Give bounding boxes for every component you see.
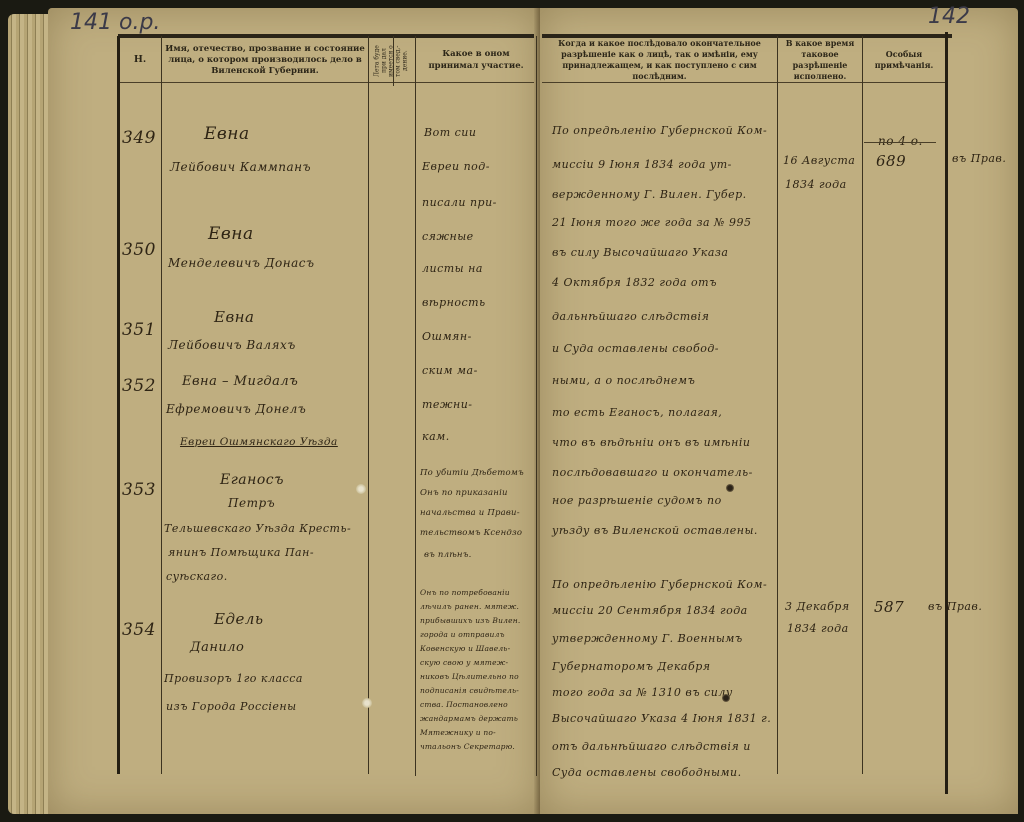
entry-note-line: Тельшевскаго Уѣзда Кресть-	[164, 522, 351, 535]
folio-right: 142	[928, 4, 970, 29]
resolution-line: 4 Октября 1832 года отъ	[552, 276, 717, 289]
folio-left: 141 о.р.	[70, 10, 160, 35]
entry-number: 352	[122, 376, 156, 396]
entry-patronymic: Лейбович Каммпанъ	[170, 160, 311, 174]
header-narrow: Лета буде при дал имеется о том свед.-де…	[371, 40, 411, 82]
participation-line: вѣрность	[422, 296, 486, 309]
resolution-line: По опредѣленію Губернской Ком-	[552, 124, 767, 137]
participation-line: кам.	[422, 430, 450, 443]
participation-line: прибывшихъ изъ Вилен.	[420, 616, 520, 625]
executed-date: 16 Августа	[783, 154, 855, 167]
resolution-line: и Суда оставлены свобод-	[552, 342, 719, 355]
participation-line: писали при-	[422, 196, 497, 209]
participation-line: Ошмян-	[422, 330, 472, 343]
resolution-line: уѣзду въ Виленской оставлены.	[552, 524, 758, 537]
executed-date: 1834 года	[785, 178, 847, 191]
ink-blot	[722, 694, 730, 702]
entry-patronymic: Петръ	[228, 496, 275, 510]
resolution-line: Суда оставлены свободными.	[552, 766, 742, 779]
participation-line: сяжные	[422, 230, 474, 243]
participation-line: чтальонъ Секретарю.	[420, 742, 515, 751]
note-ref: по 4 о.	[878, 134, 923, 148]
open-ledger: 141 о.р. 142 Н. Имя, отечество, прозвани…	[0, 0, 1024, 822]
column-rule	[117, 36, 120, 774]
entry-number: 351	[122, 320, 156, 340]
participation-line: тельствомъ Ксендзо	[420, 528, 522, 538]
column-rule	[945, 32, 948, 794]
participation-line: начальства и Прави-	[420, 508, 520, 518]
entry-patronymic: Лейбовичъ Валяхъ	[168, 338, 296, 352]
participation-line: ства. Постановлено	[420, 700, 508, 709]
note-underline	[864, 142, 936, 143]
resolution-line: послѣдовавшаго и окончатель-	[552, 466, 753, 479]
participation-line: въ плѣнъ.	[424, 550, 471, 560]
entry-patronymic: Менделевичъ Донасъ	[168, 256, 315, 270]
resolution-line: отъ дальнѣйшаго слѣдствія и	[552, 740, 751, 753]
resolution-line: По опредѣленію Губернской Ком-	[552, 578, 767, 591]
participation-line: Мятежнику и по-	[420, 728, 496, 737]
column-rule	[536, 36, 537, 776]
resolution-line: ными, а о послѣднемъ	[552, 374, 695, 387]
entry-note-line: изъ Города Россіены	[166, 700, 297, 713]
participation-line: тежни-	[422, 398, 473, 411]
margin-note: въ Прав.	[928, 600, 982, 613]
participation-line: города и отправилъ	[420, 630, 505, 639]
resolution-line: Высочайшаго Указа 4 Іюня 1831 г.	[552, 712, 771, 725]
header-resolution: Когда и какое послѣдовало окончательное …	[543, 38, 776, 82]
executed-date: 3 Декабря	[785, 600, 850, 613]
header-bottom-rule-left	[118, 82, 534, 83]
column-rule	[368, 36, 369, 774]
paper-blemish	[362, 698, 372, 708]
participation-line: подписанія свидѣтель-	[420, 686, 519, 695]
resolution-line: миссіи 9 Іюня 1834 года ут-	[552, 158, 732, 171]
resolution-line: ное разрѣшеніе судомъ по	[552, 494, 722, 507]
entry-name: Едель	[214, 610, 264, 628]
resolution-line: того года за № 1310 въ силу	[552, 686, 733, 699]
column-rule	[161, 36, 162, 774]
entry-name: Еганосъ	[220, 472, 284, 488]
resolution-line: миссіи 20 Сентября 1834 года	[552, 604, 748, 617]
entry-patronymic: Данило	[190, 640, 244, 655]
resolution-line: дальнѣйшаго слѣдствія	[552, 310, 709, 323]
header-executed: В какое время таковое разрѣшеніе исполне…	[779, 38, 861, 82]
entry-note-line: Провизоръ 1го класса	[164, 672, 303, 685]
resolution-line: въ силу Высочайшаго Указа	[552, 246, 728, 259]
entry-name: Евна	[214, 308, 255, 326]
resolution-line: Губернаторомъ Декабря	[552, 660, 711, 673]
entry-note: Евреи Ошмянскаго Уѣзда	[180, 436, 338, 448]
header-participation: Какое в оном принимал участие.	[417, 38, 535, 82]
entry-number: 349	[122, 128, 156, 148]
entry-name: Евна – Мигдалъ	[182, 374, 298, 389]
executed-date: 1834 года	[787, 622, 849, 635]
entry-name: Евна	[208, 224, 254, 244]
entry-note-line: янинъ Помѣщика Пан-	[168, 546, 314, 559]
resolution-line: утвержденному Г. Военнымъ	[552, 632, 743, 645]
header-person: Имя, отечество, прозвание и состояние ли…	[163, 38, 367, 82]
resolution-line: 21 Іюня того же года за № 995	[552, 216, 751, 229]
header-notes: Особыя примѣчанія.	[864, 38, 944, 82]
resolution-line: то есть Еганосъ, полагая,	[552, 406, 722, 419]
participation-line: Ковенскую и Шавель-	[420, 644, 510, 653]
entry-number: 353	[122, 480, 156, 500]
ink-blot	[726, 484, 734, 492]
participation-line: Онъ по приказаніи	[420, 488, 508, 498]
entry-number: 354	[122, 620, 156, 640]
header-number: Н.	[120, 38, 160, 82]
participation-line: По убитіи Дѣбетомъ	[420, 468, 524, 478]
participation-line: Евреи под-	[422, 160, 490, 173]
resolution-line: что въ вѣдѣніи онъ въ имѣніи	[552, 436, 750, 449]
column-rule	[862, 36, 863, 774]
margin-note: въ Прав.	[952, 152, 1006, 165]
participation-line: ским ма-	[422, 364, 478, 377]
participation-line: Онъ по потребованіи	[420, 588, 510, 597]
column-rule	[777, 36, 778, 774]
participation-line: лѣчилъ ранен. мятеж.	[420, 602, 519, 611]
participation-line: Вот сии	[424, 126, 476, 139]
paper-blemish	[356, 484, 366, 494]
entry-patronymic: Ефремовичъ Донелъ	[166, 402, 306, 416]
resolution-line: вержденному Г. Вилен. Губер.	[552, 188, 747, 201]
note-ref: 689	[876, 152, 906, 170]
note-ref: 587	[874, 598, 904, 616]
entry-note-line: суѣскаго.	[166, 570, 228, 583]
participation-line: никовъ Цѣлительно по	[420, 672, 519, 681]
participation-line: жандармамъ держать	[420, 714, 518, 723]
entry-name: Евна	[204, 124, 250, 144]
participation-line: листы на	[422, 262, 483, 275]
header-bottom-rule-right	[542, 82, 947, 83]
column-rule	[415, 36, 416, 776]
participation-line: скую свою у мятеж-	[420, 658, 508, 667]
entry-number: 350	[122, 240, 156, 260]
